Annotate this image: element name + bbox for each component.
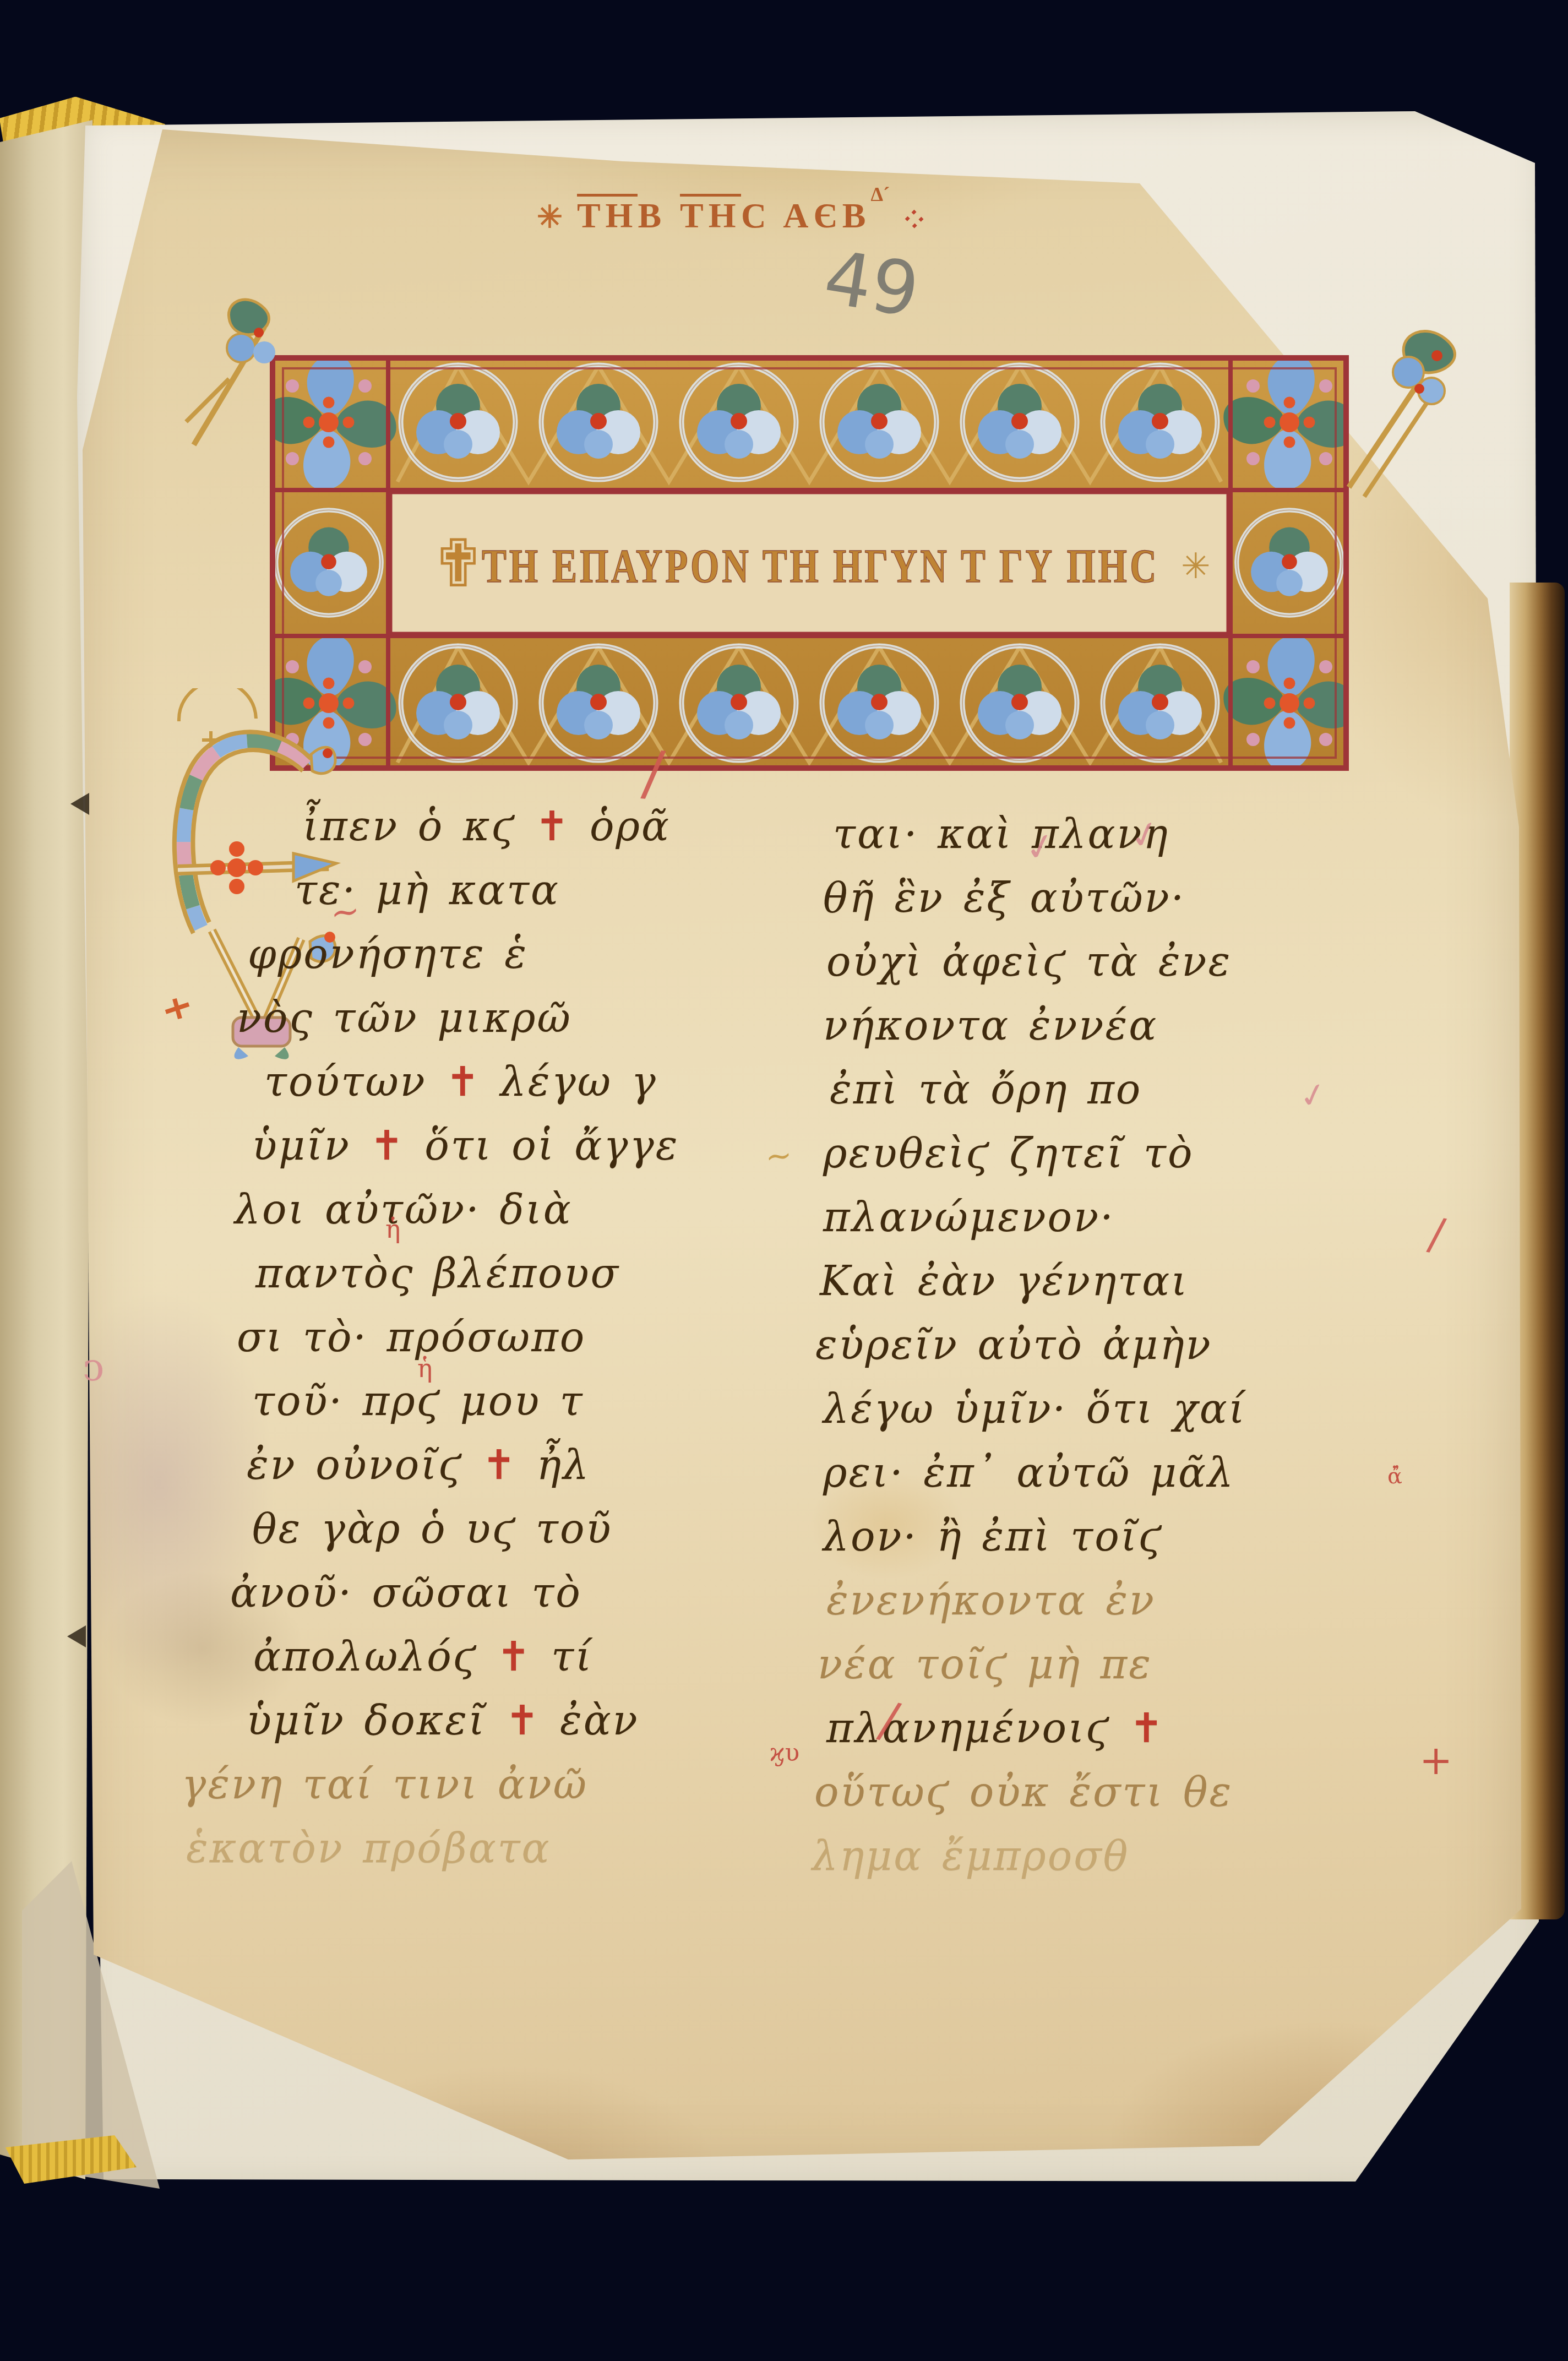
- right-column: ται· καὶ πλανηθῆ ἓν ἐξ αὐτῶν·οὐχὶ ἀφεὶϛ …: [823, 810, 1429, 1896]
- manuscript-photo: ✳ΤΗΒ ΤΗϹ ΑЄΒΔ´∷ 49: [0, 0, 1568, 2361]
- folio-number: 49: [819, 235, 925, 334]
- initial-tail-cross: [166, 999, 189, 1019]
- headpiece-title: ΤΗ ΕΠΑΥΡΟΝ ΤΗ ΗΓΥΝ Τ ΓΥ ΠΗϹ: [482, 540, 1159, 592]
- text-line: ρει· ἐπ᾽ αὐτῶ μᾶλ: [823, 1449, 1429, 1513]
- text-line: ἑκατὸν πρόβατα: [186, 1825, 831, 1889]
- text-line: ὑμῖν ✝ ὅτι οἱ ἄγγε: [252, 1122, 831, 1186]
- text-line: θῆ ἓν ἐξ αὐτῶν·: [823, 874, 1429, 938]
- running-title-part: Β: [842, 196, 871, 235]
- title-cross-icon: ✟: [431, 527, 486, 601]
- text-line: λον· ἢ ἐπὶ τοῖϛ: [823, 1513, 1429, 1577]
- rubric-mark: ͻ: [83, 1345, 104, 1390]
- text-line: νὸς τῶν μικρῶ: [237, 994, 831, 1058]
- title-rosette-icon: ✳: [1181, 547, 1211, 586]
- corner-finial-right: [1338, 319, 1509, 501]
- corner-finial-left: [182, 286, 308, 451]
- text-line: ἀπολωλόϛ ✝ τί: [253, 1633, 831, 1697]
- text-line: οὐχὶ ἀφεὶϛ τὰ ἐνε: [826, 938, 1429, 1002]
- text-line: οὕτωϛ οὐκ ἔστι θε: [814, 1769, 1429, 1832]
- running-title-part: Ϲ: [741, 196, 771, 235]
- headpiece-ornament: ✟ ΤΗ ΕΠΑΥΡΟΝ ΤΗ ΗΓΥΝ Τ ΓΥ ΠΗϹ ✳: [270, 355, 1349, 771]
- text-line: θε γὰρ ὁ υϛ τοῦ: [252, 1505, 831, 1569]
- text-line: τοῦ· πρϛ μου τ: [252, 1378, 831, 1441]
- text-line: ἀνοῦ· σῶσαι τὸ: [230, 1569, 831, 1633]
- running-title-part: [666, 196, 680, 235]
- rubric-mark: ϗυ: [770, 1739, 799, 1767]
- text-line: νέα τοῖϛ μὴ πε: [818, 1641, 1429, 1705]
- text-line: γένη ταί τινι ἀνῶ: [182, 1761, 831, 1825]
- text-line: τε· μὴ κατα: [295, 867, 831, 931]
- text-line: φρονήσητε ἑ: [248, 931, 831, 994]
- rubric-mark: ἀ̓: [1387, 1464, 1402, 1489]
- text-line: ἐπὶ τὰ ὄρη πο: [830, 1066, 1429, 1130]
- text-line: πλανώμενον·: [823, 1194, 1429, 1258]
- rubric-mark: ∼: [764, 1136, 794, 1176]
- running-title-part: ΤΗ: [680, 194, 741, 233]
- text-line: ἐνενήκοντα ἐν: [826, 1577, 1429, 1641]
- text-line: πλανημένοιϛ ✝: [826, 1705, 1429, 1769]
- text-line: Καὶ ἐὰν γένηται: [820, 1258, 1429, 1321]
- running-title-part: Є: [813, 196, 842, 235]
- text-line: νήκοντα ἐννέα: [823, 1002, 1429, 1066]
- running-title-part: Β: [638, 196, 666, 235]
- text-line: παντὸς βλέπουσ: [255, 1250, 831, 1314]
- text-line: ἶπεν ὁ κϛ ✝ ὁρᾶ: [303, 803, 831, 867]
- text-line: λέγω ὑμῖν· ὅτι χαί: [823, 1385, 1429, 1449]
- running-title-part: [771, 196, 783, 235]
- rubric-mark: +: [1419, 1737, 1452, 1783]
- rubric-mark: ἡ: [417, 1353, 433, 1383]
- left-column: ἶπεν ὁ κϛ ✝ ὁρᾶτε· μὴ καταφρονήσητε ἑνὸς…: [237, 803, 831, 1889]
- text-line: ρευθεὶϛ ζητεῖ τὸ: [823, 1130, 1429, 1194]
- rubric-mark: ἡ: [385, 1214, 401, 1244]
- text-line: τούτων ✝ λέγω γ: [264, 1058, 831, 1122]
- running-title-part: ΤΗ: [577, 194, 638, 233]
- running-title-superscript: Δ´: [871, 183, 890, 206]
- text-line: λημα ἔμπροσθ: [812, 1832, 1429, 1896]
- running-title-part: Α: [783, 196, 813, 235]
- text-line: ὑμῖν δοκεῖ ✝ ἐὰν: [247, 1697, 831, 1761]
- text-line: σι τὸ· πρόσωπο: [237, 1314, 831, 1378]
- rosette-icon: ✳: [537, 200, 563, 235]
- text-line: λοι αὐτῶν· διὰ: [235, 1186, 831, 1250]
- running-title-parts: ΤΗΒ ΤΗϹ ΑЄΒ: [577, 196, 871, 235]
- text-line: ἐν οὐνοῖϛ ✝ ἦλ: [247, 1441, 831, 1505]
- rubric-mark: ∼: [328, 890, 362, 935]
- text-line: εὑρεῖν αὐτὸ ἀμὴν: [815, 1321, 1429, 1385]
